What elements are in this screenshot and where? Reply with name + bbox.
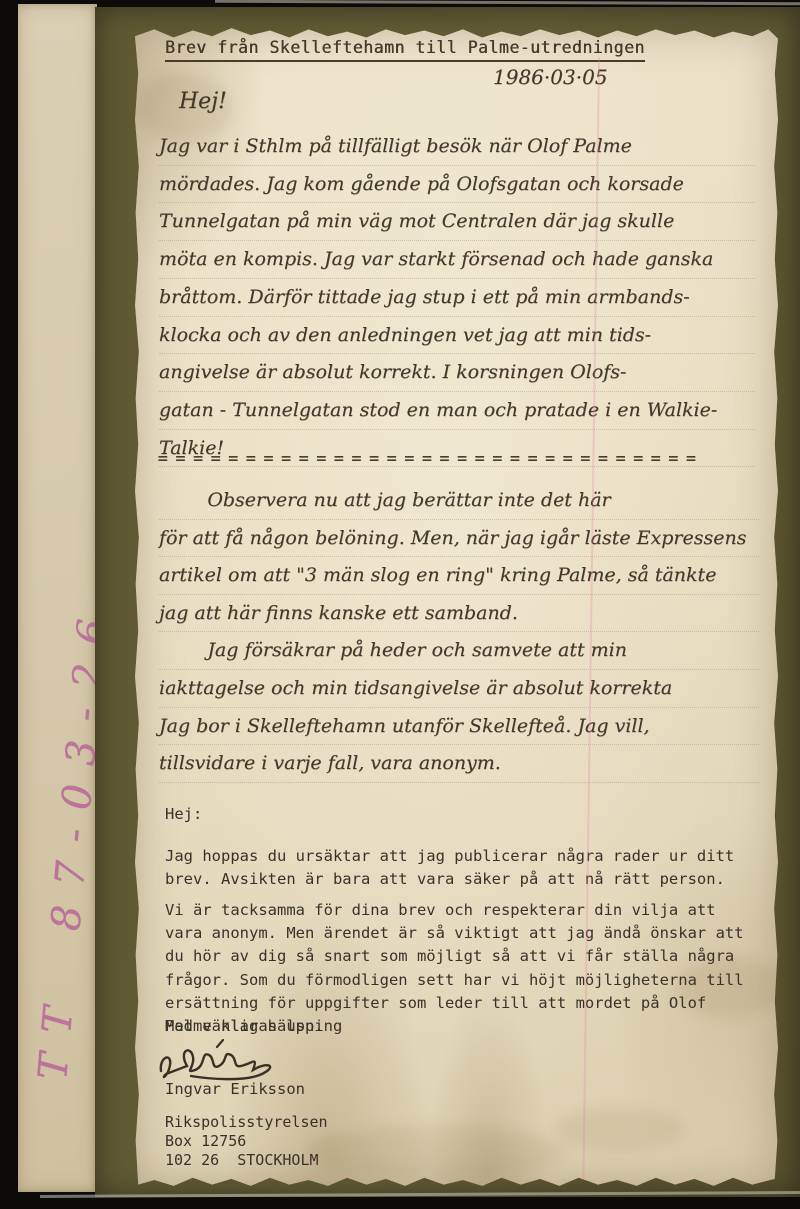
handwritten-line: gatan - Tunnelgatan stod en man och prat… — [159, 392, 755, 430]
typed-line: ersättning för uppgifter som leder till … — [165, 992, 744, 1015]
letter-paper: Brev från Skelleftehamn till Palme-utred… — [135, 27, 778, 1187]
letter-body-second: Observera nu att jag berättar inte det h… — [159, 482, 759, 783]
typed-line: vara anonym. Men ärendet är så viktigt a… — [165, 922, 744, 945]
handwritten-line: för att få någon belöning. Men, när jag … — [159, 520, 759, 558]
typed-line: du hör av dig så snart som möjligt så at… — [165, 945, 744, 968]
sender-address: RikspolisstyrelsenBox 12756102 26 STOCKH… — [165, 1113, 328, 1169]
handwritten-line: Observera nu att jag berättar inte det h… — [159, 482, 759, 520]
reply-closing: Med vänlig hälsning — [165, 1017, 342, 1035]
signer-name: Ingvar Eriksson — [165, 1080, 305, 1098]
handwritten-line: angivelse är absolut korrekt. I korsning… — [159, 354, 755, 392]
handwritten-line: iakttagelse och min tidsangivelse är abs… — [159, 670, 759, 708]
reply-greeting: Hej: — [165, 805, 202, 823]
letter-greeting: Hej! — [179, 89, 227, 114]
handwritten-line: Jag försäkrar på heder och samvete att m… — [159, 632, 759, 670]
paper-stain — [555, 1107, 685, 1151]
letter-date: 1986·03·05 — [493, 65, 608, 89]
handwritten-line: tillsvidare i varje fall, vara anonym. — [159, 745, 759, 783]
reply-paragraph-1: Jag hoppas du ursäktar att jag publicera… — [165, 845, 734, 891]
address-line: Box 12756 — [165, 1132, 328, 1151]
handwritten-line: artikel om att "3 män slog en ring" krin… — [159, 557, 759, 595]
address-line: Rikspolisstyrelsen — [165, 1113, 328, 1132]
handwritten-line: klocka och av den anledningen vet jag at… — [159, 317, 755, 355]
equals-separator: = = = = = = = = = = = = = = = = = = = = … — [157, 451, 697, 467]
typed-line: frågor. Som du förmodligen sett har vi h… — [165, 969, 744, 992]
address-line: 102 26 STOCKHOLM — [165, 1151, 328, 1170]
photo-background: TT 87-03-26 Brev från Skelleftehamn till… — [0, 0, 800, 1209]
paper-stain — [305, 1125, 565, 1179]
handwritten-line: möta en kompis. Jag var starkt försenad … — [159, 241, 755, 279]
handwritten-line: Jag var i Sthlm på tillfälligt besök när… — [159, 128, 755, 166]
document-header-text: Brev från Skelleftehamn till Palme-utred… — [165, 38, 645, 62]
document-header: Brev från Skelleftehamn till Palme-utred… — [165, 38, 645, 57]
handwritten-line: Tunnelgatan på min väg mot Centralen där… — [159, 203, 755, 241]
letter-body-first: Jag var i Sthlm på tillfälligt besök när… — [159, 128, 755, 467]
typed-line: Jag hoppas du ursäktar att jag publicera… — [165, 845, 734, 868]
typed-line: brev. Avsikten är bara att vara säker på… — [165, 868, 734, 891]
handwritten-line: Jag bor i Skelleftehamn utanför Skelleft… — [159, 708, 759, 746]
handwritten-line: bråttom. Därför tittade jag stup i ett p… — [159, 279, 755, 317]
photo-edge-glare-top — [215, 0, 800, 5]
handwritten-line: jag att här finns kanske ett samband. — [159, 595, 759, 633]
typed-line: Vi är tacksamma för dina brev och respek… — [165, 899, 744, 922]
handwritten-line: mördades. Jag kom gående på Olofsgatan o… — [159, 166, 755, 204]
